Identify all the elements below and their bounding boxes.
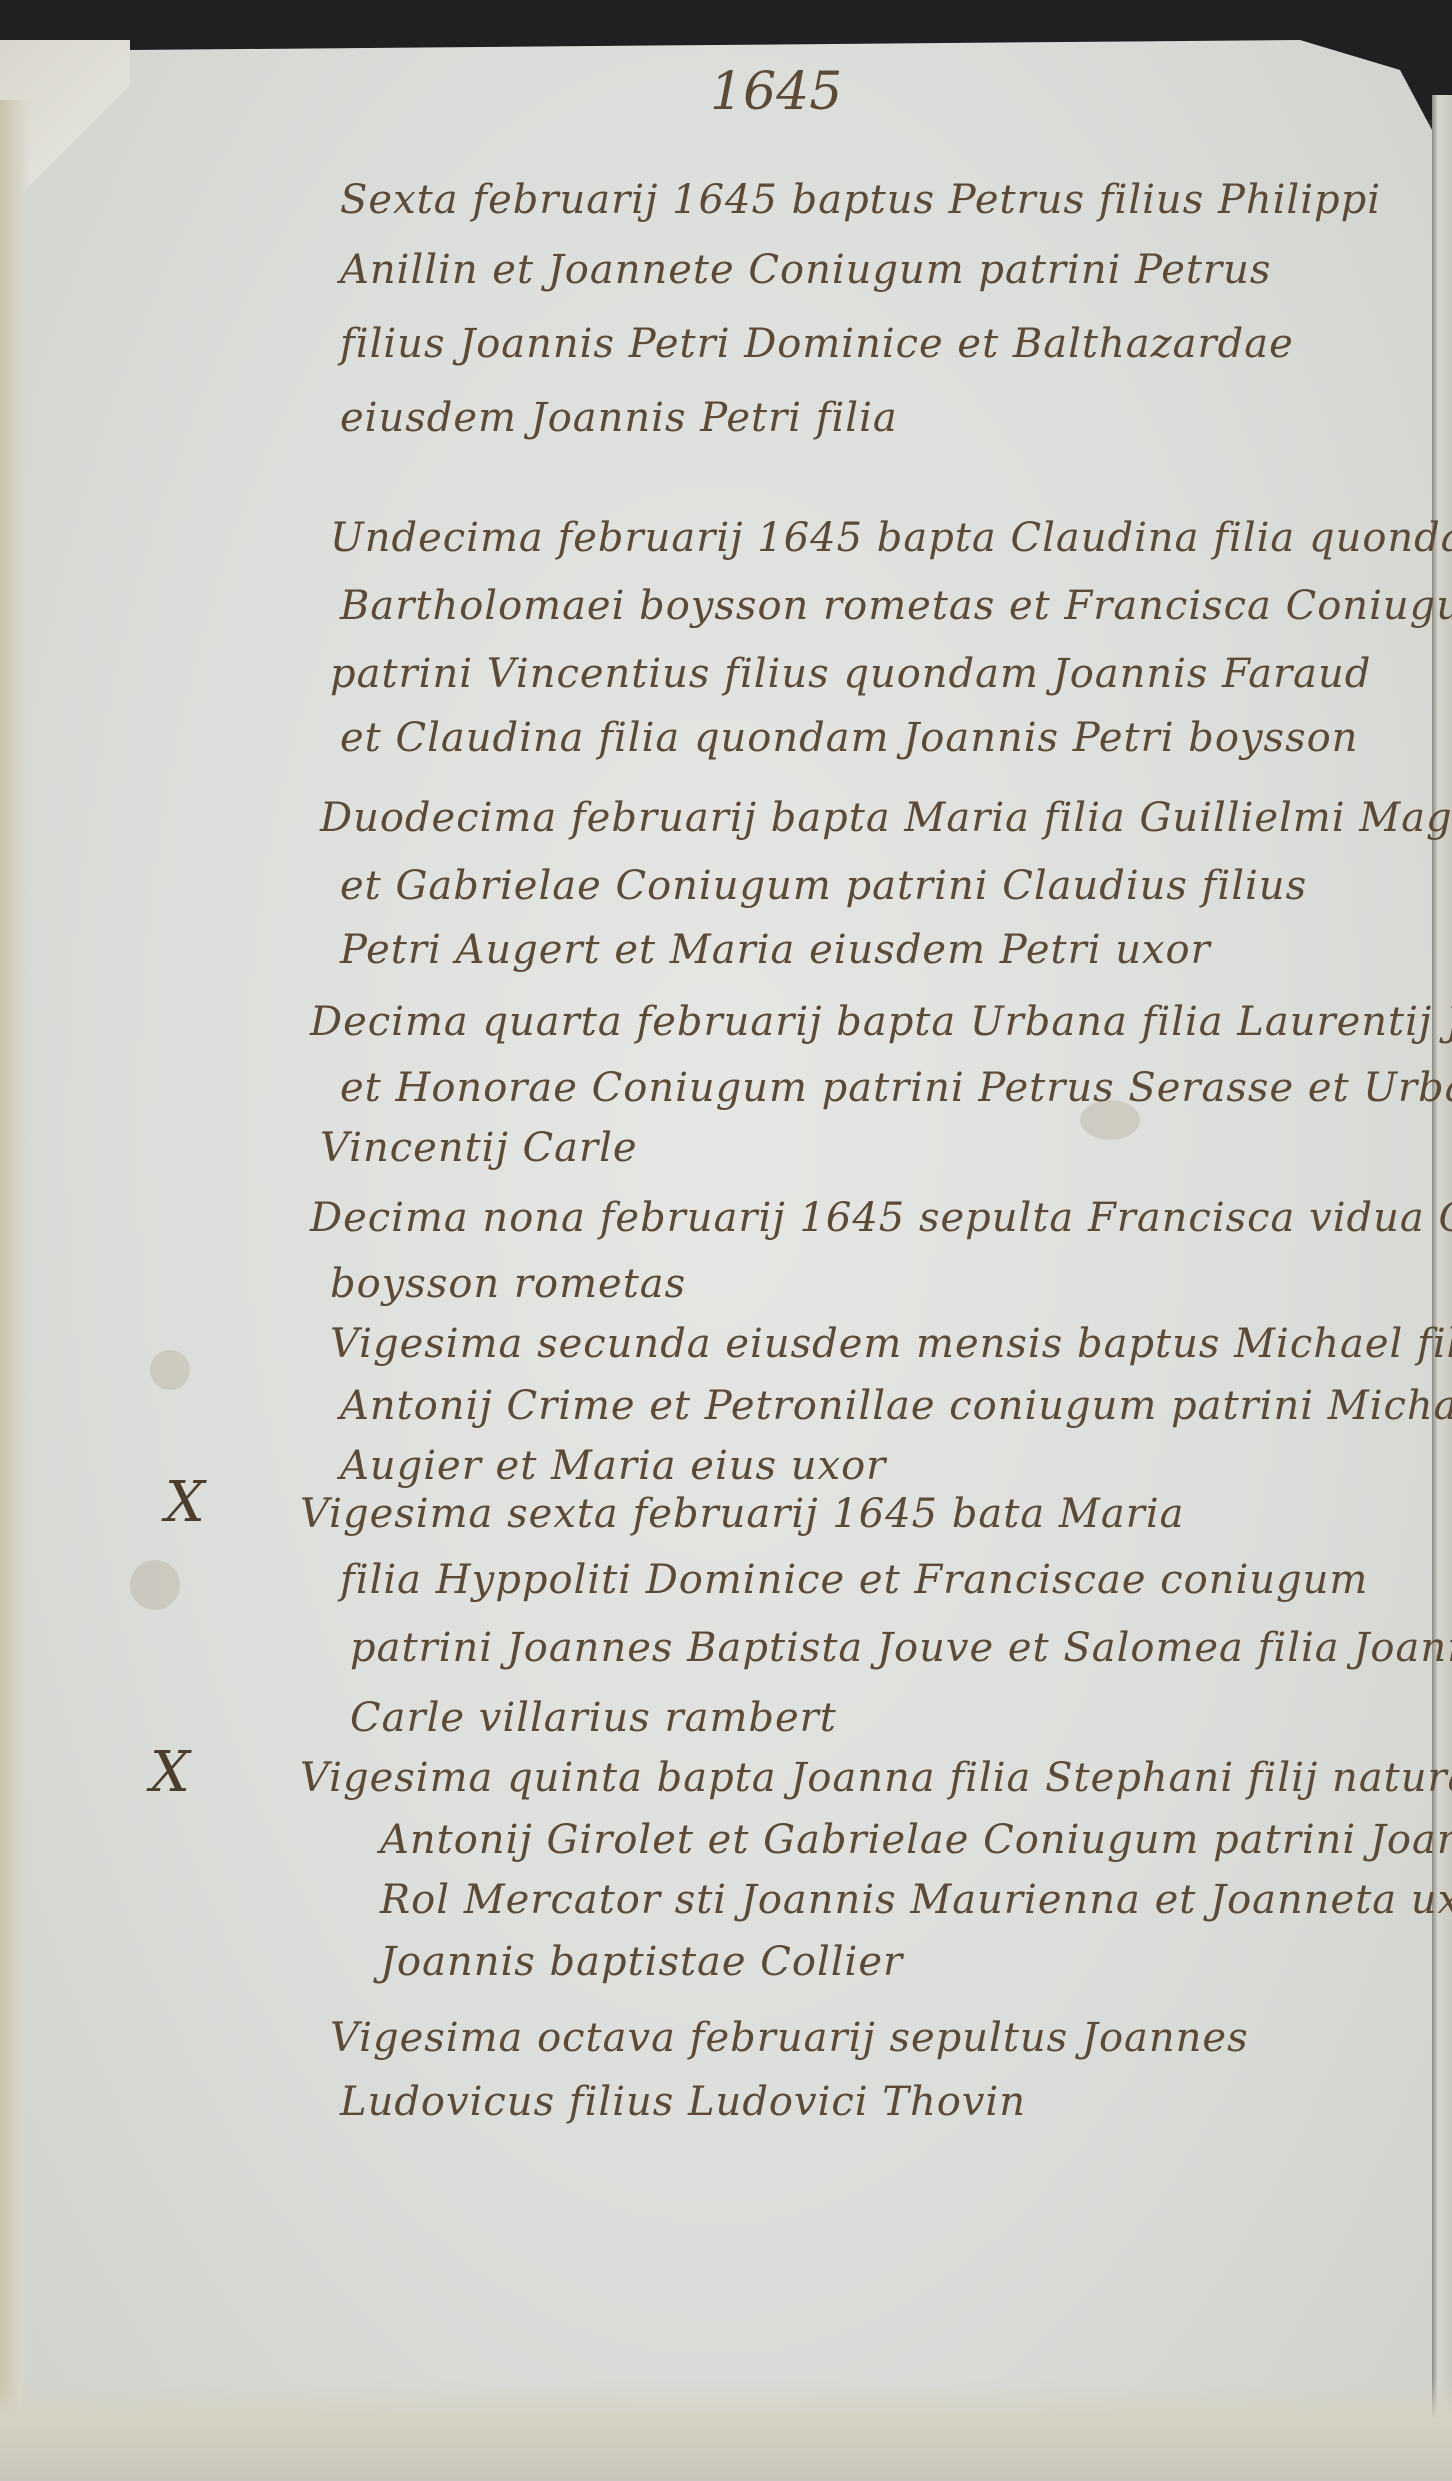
- margin-cross-mark: X: [150, 1740, 190, 1805]
- entry-line: Anillin et Joannete Coniugum patrini Pet…: [340, 242, 1271, 298]
- entry-line: filia Hyppoliti Dominice et Franciscae c…: [340, 1552, 1368, 1608]
- entry-line: Sexta februarij 1645 baptus Petrus filiu…: [340, 172, 1381, 228]
- entry-line: patrini Joannes Baptista Jouve et Salome…: [350, 1620, 1452, 1676]
- entry-line: Antonij Girolet et Gabrielae Coniugum pa…: [380, 1812, 1452, 1868]
- year-heading: 1645: [710, 62, 842, 122]
- entry-line: Vigesima secunda eiusdem mensis baptus M…: [330, 1316, 1452, 1372]
- page-left-edge: [0, 100, 30, 2481]
- margin-cross-mark: X: [165, 1470, 205, 1535]
- entry-line: Decima quarta februarij bapta Urbana fil…: [310, 994, 1452, 1050]
- entry-line: et Honorae Coniugum patrini Petrus Seras…: [340, 1060, 1452, 1116]
- entry-line: Undecima februarij 1645 bapta Claudina f…: [330, 510, 1452, 566]
- entry-line: boysson rometas: [330, 1256, 686, 1312]
- entry-line: filius Joannis Petri Dominice et Balthaz…: [340, 316, 1294, 372]
- entry-line: Rol Mercator sti Joannis Maurienna et Jo…: [380, 1872, 1452, 1928]
- entry-line: Joannis baptistae Collier: [380, 1934, 903, 1990]
- entry-line: Decima nona februarij 1645 sepulta Franc…: [310, 1190, 1452, 1246]
- entry-line: Vigesima quinta bapta Joanna filia Steph…: [300, 1750, 1452, 1806]
- entry-line: patrini Vincentius filius quondam Joanni…: [330, 646, 1371, 702]
- entry-line: Vigesima sexta februarij 1645 bata Maria: [300, 1486, 1184, 1542]
- entry-line: Antonij Crime et Petronillae coniugum pa…: [340, 1378, 1452, 1434]
- entry-line: et Gabrielae Coniugum patrini Claudius f…: [340, 858, 1307, 914]
- entry-line: Petri Augert et Maria eiusdem Petri uxor: [340, 922, 1211, 978]
- entry-line: et Claudina filia quondam Joannis Petri …: [340, 710, 1358, 766]
- entry-line: Ludovicus filius Ludovici Thovin: [340, 2074, 1026, 2130]
- entry-line: Vigesima octava februarij sepultus Joann…: [330, 2010, 1249, 2066]
- entry-line: Duodecima februarij bapta Maria filia Gu…: [320, 790, 1452, 846]
- ink-stain: [130, 1560, 180, 1610]
- entry-line: Carle villarius rambert: [350, 1690, 837, 1746]
- entry-line: eiusdem Joannis Petri filia: [340, 390, 898, 446]
- ink-stain: [150, 1350, 190, 1390]
- entry-line: Bartholomaei boysson rometas et Francisc…: [340, 578, 1452, 634]
- page-bottom-edge: [0, 2380, 1452, 2481]
- book-binding-edge: [1432, 95, 1452, 2481]
- entry-line: Vincentij Carle: [320, 1120, 638, 1176]
